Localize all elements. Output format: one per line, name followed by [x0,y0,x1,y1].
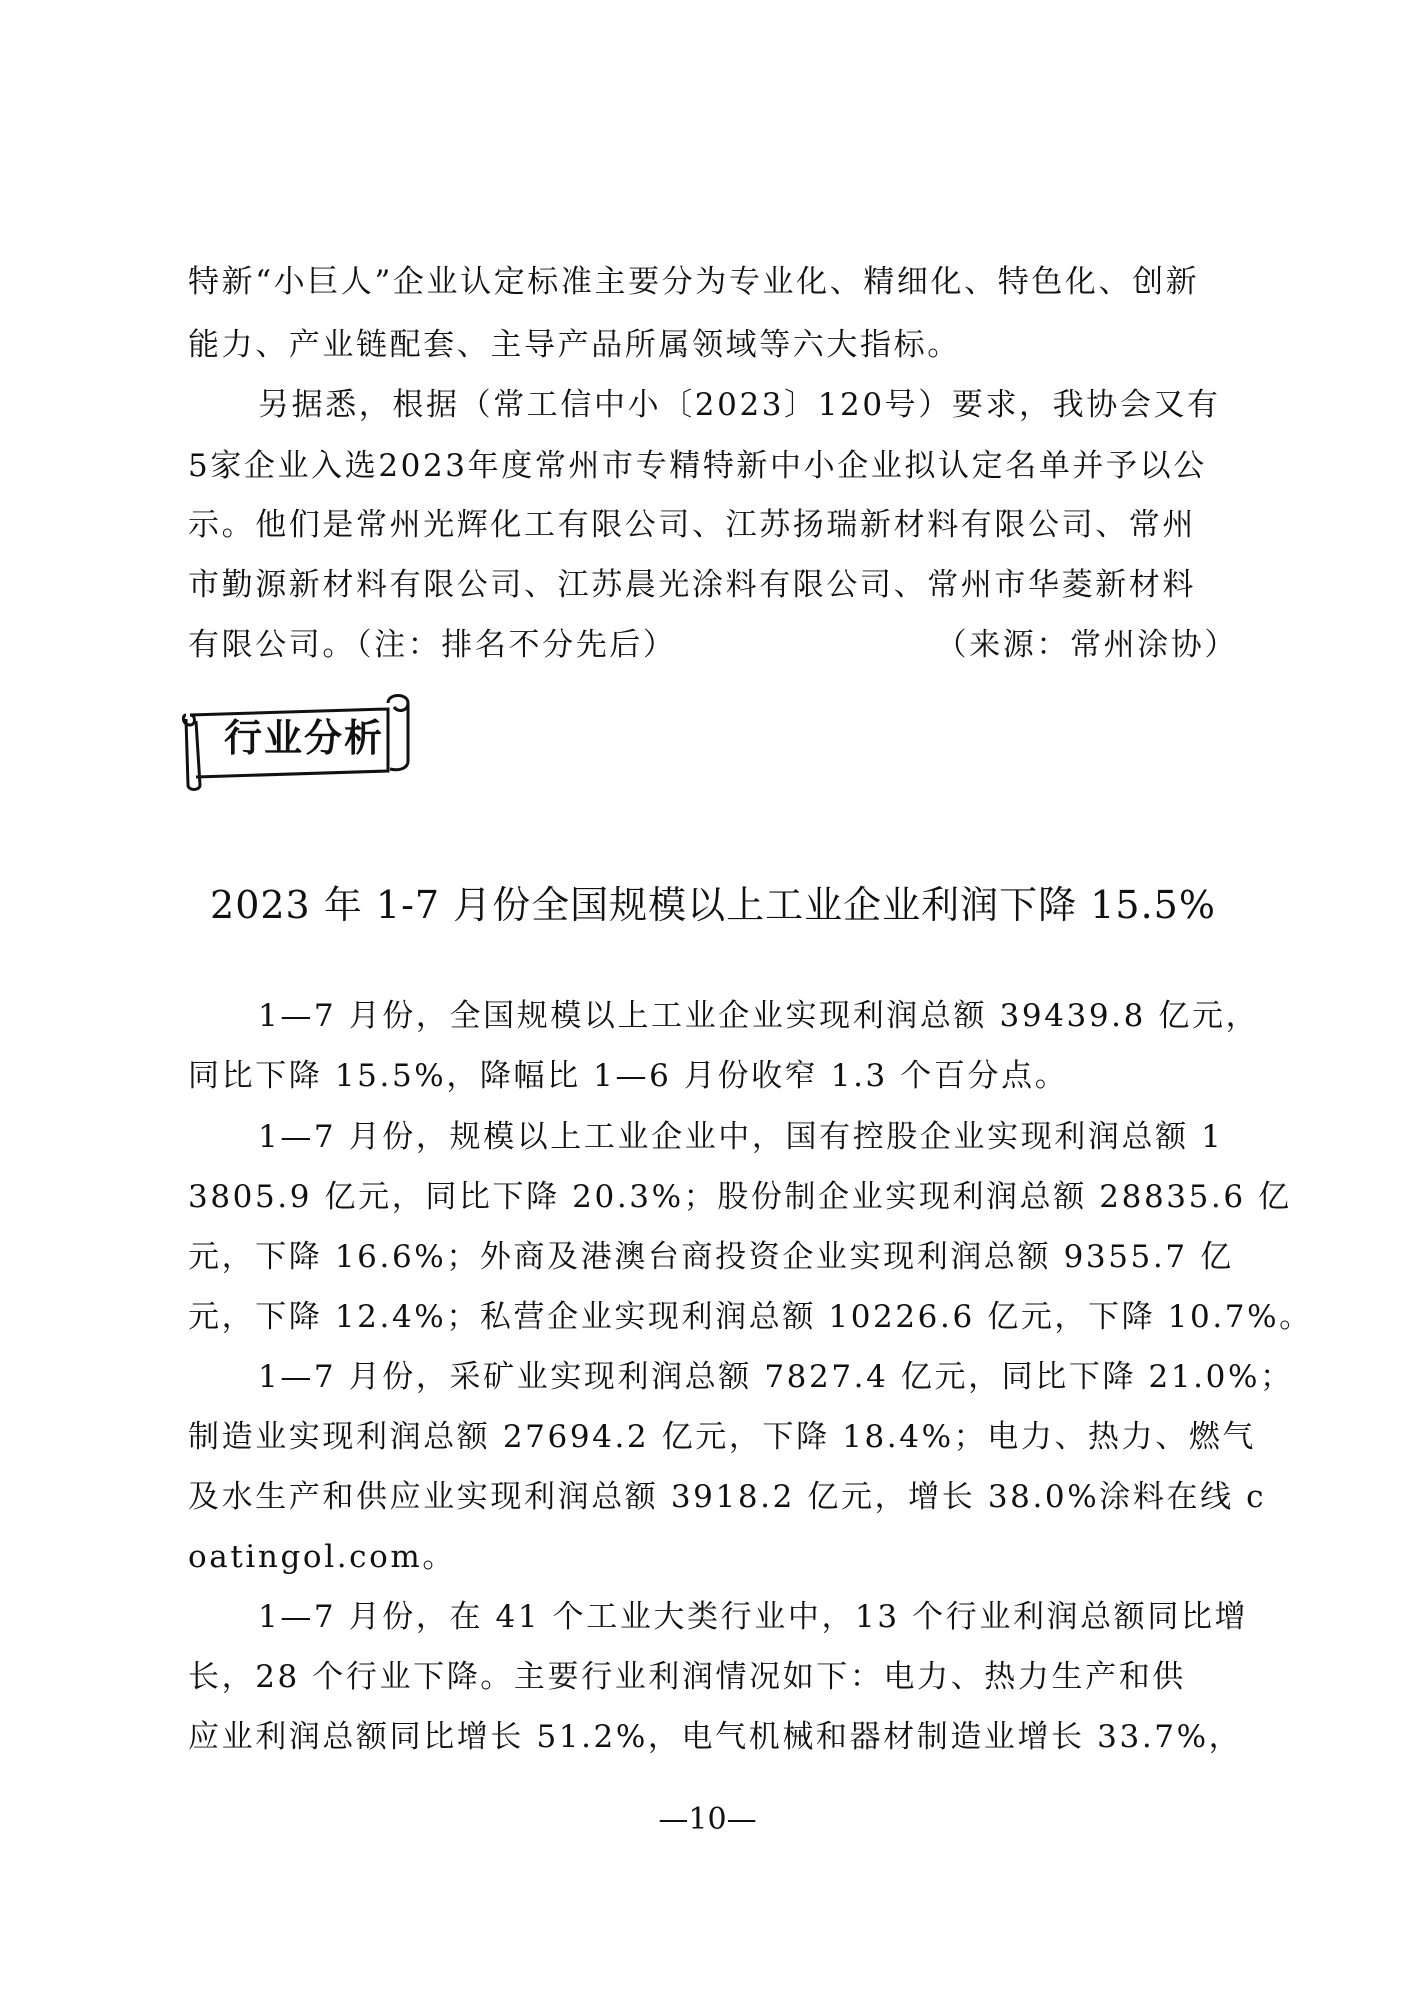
text-line: 1—7 月份，全国规模以上工业企业实现利润总额 39439.8 亿元， [258,996,1238,1036]
text-line: 应业利润总额同比增长 51.2%，电气机械和器材制造业增长 33.7%， [188,1717,1238,1757]
text-line: 特新“小巨人”企业认定标准主要分为专业化、精细化、特色化、创新 [188,262,1238,302]
text-line: oatingol.com。 [188,1537,1238,1577]
text-line: 1—7 月份，规模以上工业企业中，国有控股企业实现利润总额 1 [258,1117,1238,1157]
text-line: 另据悉，根据（常工信中小〔2023〕120号）要求，我协会又有 [258,385,1238,425]
text-line: 长，28 个行业下降。主要行业利润情况如下：电力、热力生产和供 [188,1657,1238,1697]
page-number: —10— [0,1800,1415,1840]
text-line: 市勤源新材料有限公司、江苏晨光涂料有限公司、常州市华菱新材料 [188,565,1238,605]
text-line: 同比下降 15.5%，降幅比 1—6 月份收窄 1.3 个百分点。 [188,1056,1238,1096]
section-title: 行业分析 [214,713,394,763]
text-line: 3805.9 亿元，同比下降 20.3%；股份制企业实现利润总额 28835.6… [188,1177,1238,1217]
document-page: 特新“小巨人”企业认定标准主要分为专业化、精细化、特色化、创新 能力、产业链配套… [0,0,1415,2000]
text-line: 示。他们是常州光辉化工有限公司、江苏扬瑞新材料有限公司、常州 [188,505,1238,545]
text-line: 1—7 月份，采矿业实现利润总额 7827.4 亿元，同比下降 21.0%； [258,1357,1238,1397]
text-line: 5家企业入选2023年度常州市专精特新中小企业拟认定名单并予以公 [188,446,1238,486]
article-title: 2023 年 1-7 月份全国规模以上工业企业利润下降 15.5% [188,880,1238,930]
text-line-with-source: 有限公司。（注：排名不分先后） （来源：常州涂协） [188,625,1238,665]
source-note: （来源：常州涂协） [936,625,1238,665]
text-line: 及水生产和供应业实现利润总额 3918.2 亿元，增长 38.0%涂料在线 c [188,1477,1238,1517]
text-line: 元，下降 16.6%；外商及港澳台商投资企业实现利润总额 9355.7 亿 [188,1237,1238,1277]
text-line: 1—7 月份，在 41 个工业大类行业中，13 个行业利润总额同比增 [258,1597,1238,1637]
text-line: 有限公司。（注：排名不分先后） [188,625,677,665]
text-line: 能力、产业链配套、主导产品所属领域等六大指标。 [188,325,1238,365]
text-line: 制造业实现利润总额 27694.2 亿元，下降 18.4%；电力、热力、燃气 [188,1417,1238,1457]
text-line: 元，下降 12.4%；私营企业实现利润总额 10226.6 亿元，下降 10.7… [188,1297,1238,1337]
section-banner: 行业分析 [176,685,418,793]
